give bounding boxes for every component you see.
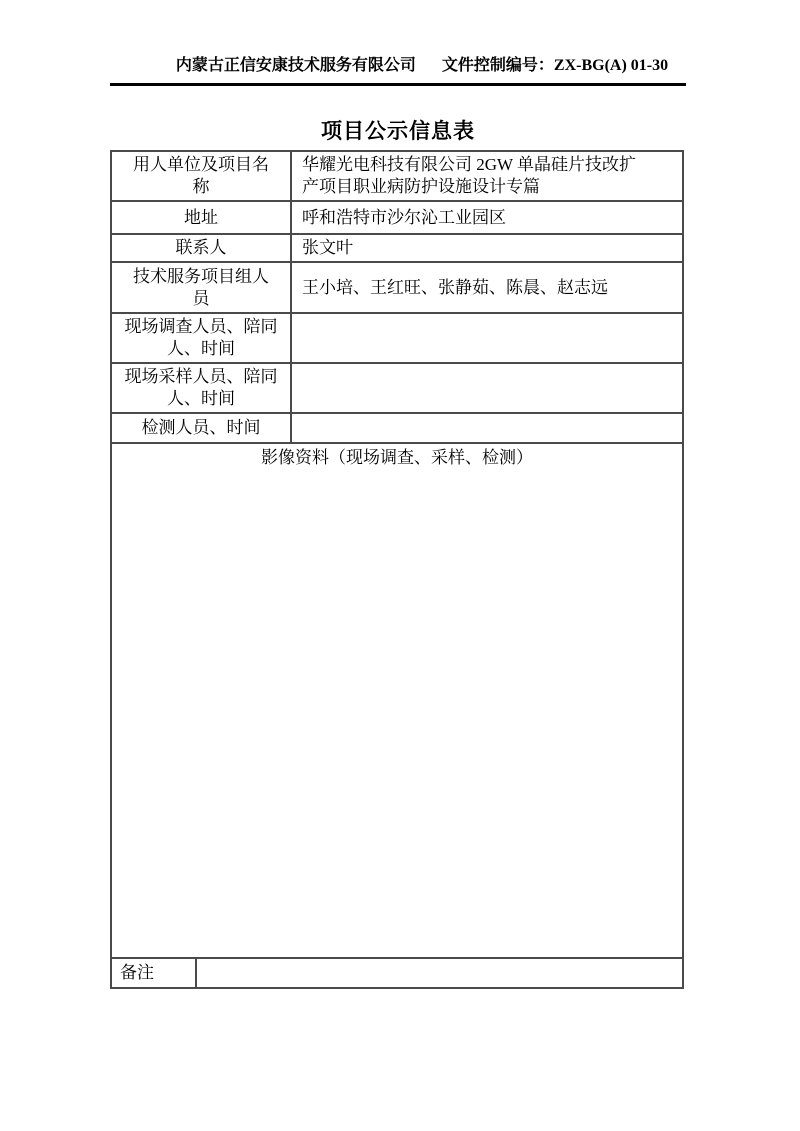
document-header: 内蒙古正信安康技术服务有限公司 文件控制编号：ZX-BG(A) 01-30: [110, 0, 686, 86]
row-value-address: 呼和浩特市沙尔沁工业园区: [291, 201, 683, 234]
company-name: 内蒙古正信安康技术服务有限公司: [176, 54, 416, 78]
table-row: 地址 呼和浩特市沙尔沁工业园区: [111, 201, 683, 234]
doc-control-number: ZX-BG(A) 01-30: [554, 57, 668, 74]
doc-control-label: 文件控制编号：: [442, 57, 554, 74]
row-value-contact-person: 张文叶: [291, 234, 683, 262]
row-label-employer-project-name: 用人单位及项目名 称: [111, 151, 291, 201]
media-section-row: 影像资料（现场调查、采样、检测）: [111, 443, 683, 958]
doc-control-number-group: 文件控制编号：ZX-BG(A) 01-30: [442, 54, 668, 78]
row-label-address: 地址: [111, 201, 291, 234]
row-value-site-survey: [291, 313, 683, 363]
page-title: 项目公示信息表: [110, 119, 686, 144]
table-row: 用人单位及项目名 称 华耀光电科技有限公司 2GW 单晶硅片技改扩 产项目职业病…: [111, 151, 683, 201]
table-row: 技术服务项目组人 员 王小培、王红旺、张静茹、陈晨、赵志远: [111, 262, 683, 313]
row-label-contact-person: 联系人: [111, 234, 291, 262]
media-section-title: 影像资料（现场调查、采样、检测）: [261, 448, 533, 467]
row-value-site-sampling: [291, 363, 683, 413]
media-section-cell: 影像资料（现场调查、采样、检测）: [111, 443, 683, 958]
remark-label: 备注: [111, 958, 196, 988]
row-label-testing-personnel: 检测人员、时间: [111, 413, 291, 443]
remark-row: 备注: [111, 958, 683, 988]
project-info-table: 用人单位及项目名 称 华耀光电科技有限公司 2GW 单晶硅片技改扩 产项目职业病…: [110, 150, 684, 989]
table-row: 现场调查人员、陪同 人、时间: [111, 313, 683, 363]
table-row: 检测人员、时间: [111, 413, 683, 443]
row-label-site-survey: 现场调查人员、陪同 人、时间: [111, 313, 291, 363]
table-row: 现场采样人员、陪同 人、时间: [111, 363, 683, 413]
row-value-employer-project-name: 华耀光电科技有限公司 2GW 单晶硅片技改扩 产项目职业病防护设施设计专篇: [291, 151, 683, 201]
document-page: 内蒙古正信安康技术服务有限公司 文件控制编号：ZX-BG(A) 01-30 项目…: [0, 0, 800, 1131]
document-content: 内蒙古正信安康技术服务有限公司 文件控制编号：ZX-BG(A) 01-30 项目…: [110, 0, 686, 989]
row-label-service-team: 技术服务项目组人 员: [111, 262, 291, 313]
document-header-line: 内蒙古正信安康技术服务有限公司 文件控制编号：ZX-BG(A) 01-30: [134, 54, 710, 78]
remark-value: [196, 958, 683, 988]
row-value-service-team: 王小培、王红旺、张静茹、陈晨、赵志远: [291, 262, 683, 313]
row-value-testing-personnel: [291, 413, 683, 443]
table-row: 联系人 张文叶: [111, 234, 683, 262]
row-label-site-sampling: 现场采样人员、陪同 人、时间: [111, 363, 291, 413]
